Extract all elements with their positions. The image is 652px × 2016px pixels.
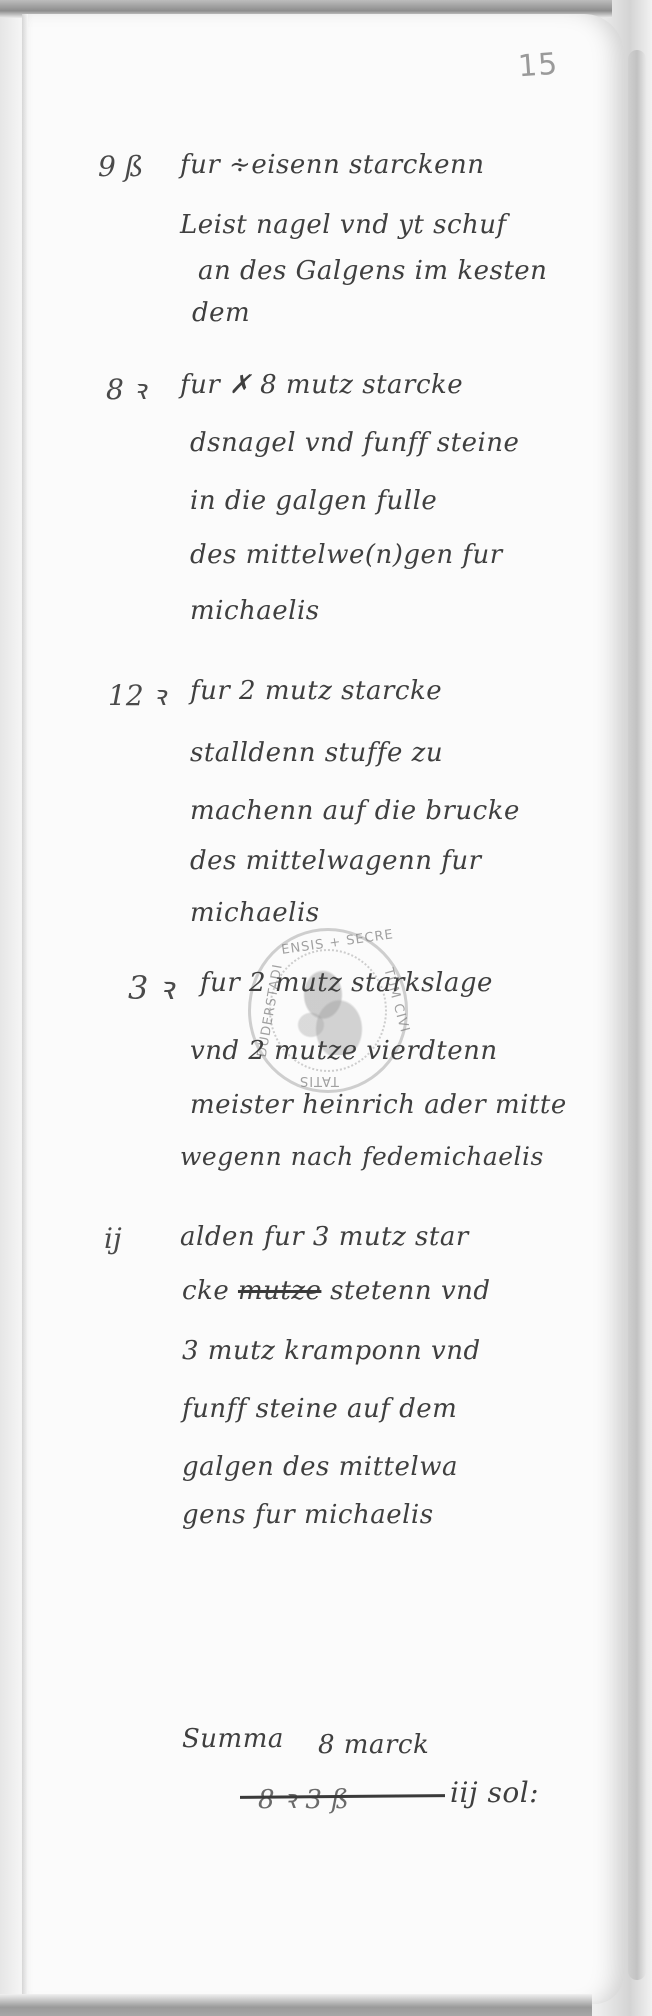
entry-amount: 9 ß xyxy=(98,150,143,183)
page-fore-edge xyxy=(628,50,646,1980)
entry-line: fur 2 mutz starcke xyxy=(190,676,442,706)
entry-amount: 3 ꝛ xyxy=(128,966,174,1009)
entry-line: machenn auf die brucke xyxy=(190,796,520,826)
struck-word: mutze xyxy=(238,1276,321,1306)
archive-seal-stamp: ENSIS + SECRE DUDERSTADI TUM CIVI TATIS xyxy=(248,928,408,1093)
folio-number: 15 xyxy=(517,47,560,85)
entry-line: dsnagel vnd funff steine xyxy=(190,428,519,458)
word-rest: stetenn vnd xyxy=(321,1276,490,1306)
binding-gutter xyxy=(22,14,28,2004)
entry-line: fur ∻eisenn starckenn xyxy=(180,150,484,180)
entry-line: stalldenn stuffe zu xyxy=(190,738,443,768)
word-cke: cke xyxy=(182,1276,238,1306)
entry-line: wegenn nach fedemichaelis xyxy=(180,1142,544,1171)
entry-amount: 12 ꝛ xyxy=(108,676,166,714)
entry-line: in die galgen fulle xyxy=(190,486,437,516)
entry-line: michaelis xyxy=(190,898,320,928)
entry-line: alden fur 3 mutz star xyxy=(180,1222,469,1252)
entry-line: des mittelwagenn fur xyxy=(190,846,482,876)
total-value: 8 marck xyxy=(318,1730,429,1760)
entry-line: galgen des mittelwa xyxy=(182,1452,458,1482)
entry-line: funff steine auf dem xyxy=(182,1394,457,1424)
entry-line: meister heinrich ader mitte xyxy=(190,1090,567,1120)
entry-line: gens fur michaelis xyxy=(182,1500,434,1530)
total-label: Summa xyxy=(182,1724,284,1754)
entry-amount: 8 ꝛ xyxy=(106,370,146,408)
entry-line: an des Galgens im kesten xyxy=(198,256,547,286)
entry-line: vnd 2 mutze vierdtenn xyxy=(190,1036,498,1066)
entry-line: dem xyxy=(192,298,250,328)
entry-line: fur ✗ 8 mutz starcke xyxy=(180,370,463,400)
page-bottom-edge xyxy=(0,1994,592,2016)
entry-amount: ij xyxy=(104,1222,122,1255)
entry-line: des mittelwe(n)gen fur xyxy=(190,540,503,570)
entry-line: Leist nagel vnd yt schuf xyxy=(180,210,507,240)
entry-line: fur 2 mutz starkslage xyxy=(200,968,493,998)
entry-line: cke mutze stetenn vnd xyxy=(182,1276,491,1306)
entry-line: 3 mutz kramponn vnd xyxy=(182,1336,481,1366)
entry-line: michaelis xyxy=(190,596,320,626)
corrected-total-value: iij sol: xyxy=(450,1776,539,1809)
seal-legend-bottom: TATIS xyxy=(299,1073,339,1088)
